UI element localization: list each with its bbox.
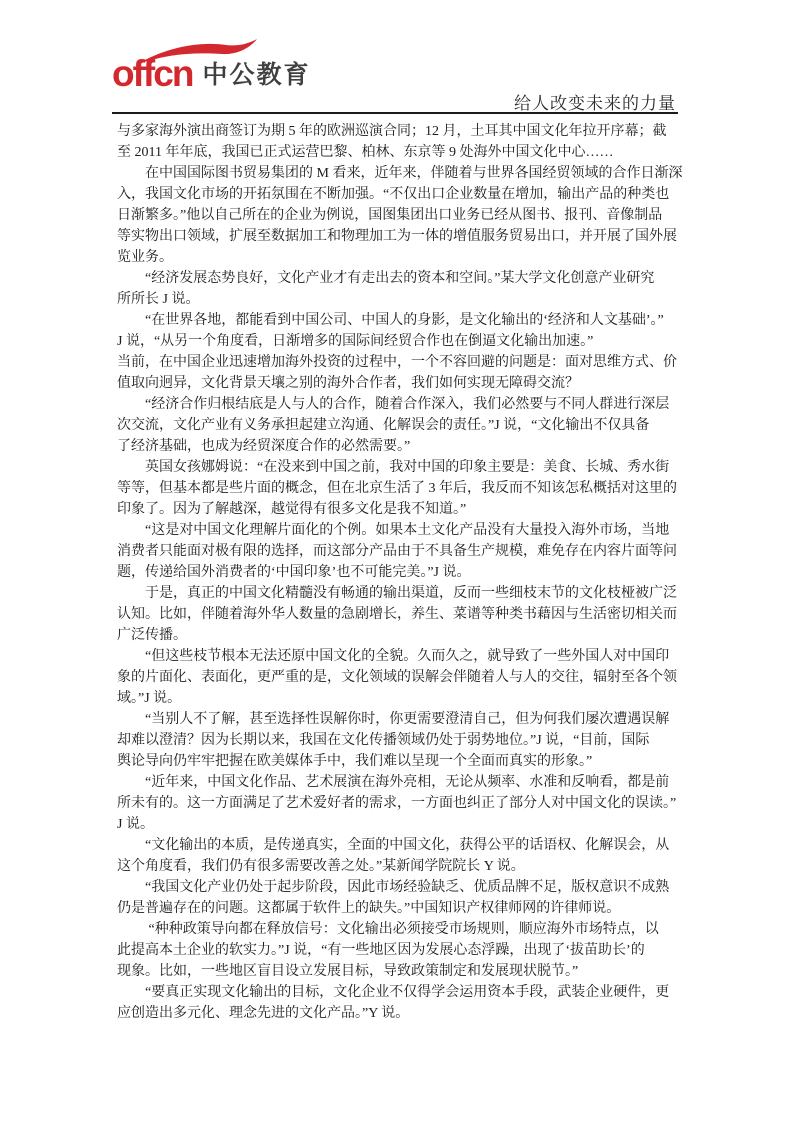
text-line: “当别人不了解，甚至选择性误解你时，你更需要澄清自己，但为何我们屡次遭遇误解 — [117, 709, 679, 730]
text-line: 次交流，文化产业有义务承担起建立沟通、化解误会的责任。”J 说，“文化输出不仅具… — [117, 415, 679, 436]
text-line: 消费者只能面对极有限的选择，而这部分产品由于不具备生产规模，难免存在内容片面等问 — [117, 541, 679, 562]
text-line: 广泛传播。 — [117, 625, 679, 646]
text-line: 在中国国际图书贸易集团的 M 看来，近年来，伴随着与世界各国经贸领域的合作日渐深 — [117, 163, 679, 184]
text-line: 与多家海外演出商签订为期 5 年的欧洲巡演合同；12 月，土耳其中国文化年拉开序… — [117, 121, 679, 142]
text-line: 认知。比如，伴随着海外华人数量的急剧增长，养生、菜谱等种类书藉因与生活密切相关而 — [117, 604, 679, 625]
document-page: offcn 中公教育 给人改变未来的力量 与多家海外演出商签订为期 5 年的欧洲… — [0, 0, 793, 1122]
text-line: 印象了。因为了解越深，越觉得有很多文化是我不知道。” — [117, 499, 679, 520]
text-line: 所未有的。这一方面满足了艺术爱好者的需求，一方面也纠正了部分人对中国文化的误读。… — [117, 793, 679, 814]
text-line: 仍是普遍存在的问题。这都属于软件上的缺失。”中国知识产权律师网的许律师说。 — [117, 898, 679, 919]
text-line: 此提高本土企业的软实力。”J 说，“有一些地区因为发展心态浮躁，出现了‘拔苗助长… — [117, 940, 679, 961]
text-line: 了经济基础，也成为经贸深度合作的必然需要。” — [117, 436, 679, 457]
text-line: 舆论导向仍牢牢把握在欧美媒体手中，我们难以呈现一个全面而真实的形象。” — [117, 751, 679, 772]
text-line: 览业务。 — [117, 247, 679, 268]
text-line: “经济合作归根结底是人与人的合作，随着合作深入，我们必然要与不同人群进行深层 — [117, 394, 679, 415]
text-line: 题，传递给国外消费者的‘中国印象’也不可能完美。”J 说。 — [117, 562, 679, 583]
offcn-wordmark: offcn — [112, 56, 192, 91]
text-line: “在世界各地，都能看到中国公司、中国人的身影，是文化输出的‘经济和人文基础’。” — [117, 310, 679, 331]
page-header: offcn 中公教育 给人改变未来的力量 — [0, 0, 793, 115]
text-line: “这是对中国文化理解片面化的个例。如果本土文化产品没有大量投入海外市场，当地 — [117, 520, 679, 541]
brand-name: 中公教育 — [202, 63, 310, 91]
text-line: J 说，“从另一个角度看，日渐增多的国际间经贸合作也在倒逼文化输出加速。” — [117, 331, 679, 352]
text-line: 应创造出多元化、理念先进的文化产品。”Y 说。 — [117, 1003, 679, 1024]
swoosh-icon — [136, 39, 258, 67]
text-line: “种种政策导向都在释放信号：文化输出必须接受市场规则，顺应海外市场特点，以 — [117, 919, 679, 940]
text-line: “我国文化产业仍处于起步阶段，因此市场经验缺乏、优质品牌不足，版权意识不成熟 — [117, 877, 679, 898]
text-line: “近年来，中国文化作品、艺术展演在海外亮相，无论从频率、水准和反响看，都是前 — [117, 772, 679, 793]
text-line: “文化输出的本质，是传递真实，全面的中国文化，获得公平的话语权、化解误会，从 — [117, 835, 679, 856]
text-line: 日渐繁多。”他以自己所在的企业为例说，国图集团出口业务已经从图书、报刊、音像制品 — [117, 205, 679, 226]
text-line: “但这些枝节根本无法还原中国文化的全貌。久而久之，就导致了一些外国人对中国印 — [117, 646, 679, 667]
offcn-logo: offcn 中公教育 — [112, 56, 310, 91]
text-line: 英国女孩娜姆说：“在没来到中国之前，我对中国的印象主要是：美食、长城、秀水街 — [117, 457, 679, 478]
text-line: “经济发展态势良好，文化产业才有走出去的资本和空间。”某大学文化创意产业研究 — [117, 268, 679, 289]
text-line: 这个角度看，我们仍有很多需要改善之处。”某新闻学院院长 Y 说。 — [117, 856, 679, 877]
text-line: 等实物出口领域，扩展至数据加工和物理加工为一体的增值服务贸易出口，并开展了国外展 — [117, 226, 679, 247]
text-line: 于是，真正的中国文化精髓没有畅通的输出渠道，反而一些细枝末节的文化枝桠被广泛 — [117, 583, 679, 604]
text-line: 值取向迥异，文化背景天壤之别的海外合作者，我们如何实现无障碍交流？ — [117, 373, 679, 394]
text-line: 至 2011 年年底，我国已正式运营巴黎、柏林、东京等 9 处海外中国文化中心…… — [117, 142, 679, 163]
text-line: 却难以澄清？因为长期以来，我国在文化传播领域仍处于弱势地位。”J 说，“目前，国… — [117, 730, 679, 751]
text-line: 象的片面化、表面化，更严重的是，文化领域的误解会伴随着人与人的交往，辐射至各个领 — [117, 667, 679, 688]
text-line: 当前，在中国企业迅速增加海外投资的过程中，一个不容回避的问题是：面对思维方式、价 — [117, 352, 679, 373]
header-divider — [112, 112, 678, 114]
text-line: 入，我国文化市场的开拓氛围在不断加强。“不仅出口企业数量在增加，输出产品的种类也 — [117, 184, 679, 205]
text-line: 现象。比如，一些地区盲目设立发展目标，导致政策制定和发展现状脱节。” — [117, 961, 679, 982]
text-line: 等等，但基本都是些片面的概念，但在北京生活了 3 年后，我反而不知该怎私概括对这… — [117, 478, 679, 499]
text-line: J 说。 — [117, 814, 679, 835]
body-text: 与多家海外演出商签订为期 5 年的欧洲巡演合同；12 月，土耳其中国文化年拉开序… — [117, 121, 679, 1024]
tagline: 给人改变未来的力量 — [514, 89, 676, 114]
text-line: “要真正实现文化输出的目标，文化企业不仅得学会运用资本手段，武装企业硬件，更 — [117, 982, 679, 1003]
text-line: 域。”J 说。 — [117, 688, 679, 709]
text-line: 所所长 J 说。 — [117, 289, 679, 310]
